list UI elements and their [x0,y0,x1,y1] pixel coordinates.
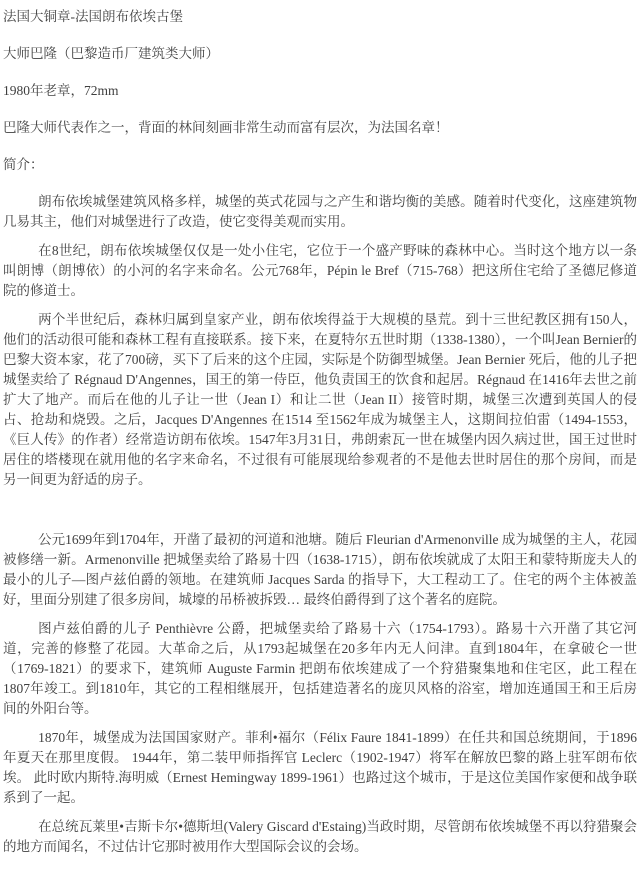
doc-paragraph: 公元1699年到1704年，开凿了最初的河道和池塘。随后 Fleurian d'… [3,530,637,610]
doc-paragraph: 在总统瓦莱里•吉斯卡尔•德斯坦(Valery Giscard d'Estaing… [3,817,637,857]
doc-paragraph: 在8世纪，朗布依埃城堡仅仅是一处小住宅，它位于一个盛产野味的森林中心。当时这个地… [3,241,637,301]
section-label-intro: 简介： [3,155,637,175]
doc-subtitle-artist: 大师巴隆（巴黎造币厂建筑类大师） [3,44,637,64]
doc-subtitle-year-size: 1980年老章，72mm [3,81,637,101]
doc-title: 法国大铜章-法国朗布依埃古堡 [3,7,637,27]
doc-paragraph: 1870年，城堡成为法国国家财产。菲利•福尔（Félix Faure 1841-… [3,728,637,808]
doc-paragraph: 朗布依埃城堡建筑风格多样，城堡的英式花园与之产生和谐均衡的美感。随着时代变化，这… [3,192,637,232]
doc-paragraph: 两个半世纪后，森林归属到皇家产业，朗布依埃得益于大规模的垦荒。到十三世纪教区拥有… [3,310,637,490]
doc-subtitle-comment: 巴隆大师代表作之一，背面的林间刻画非常生动而富有层次，为法国名章！ [3,118,637,138]
document-page: 法国大铜章-法国朗布依埃古堡 大师巴隆（巴黎造币厂建筑类大师） 1980年老章，… [0,0,640,857]
doc-paragraph: 图卢兹伯爵的儿子 Penthièvre 公爵，把城堡卖给了路易十六（1754-1… [3,619,637,719]
